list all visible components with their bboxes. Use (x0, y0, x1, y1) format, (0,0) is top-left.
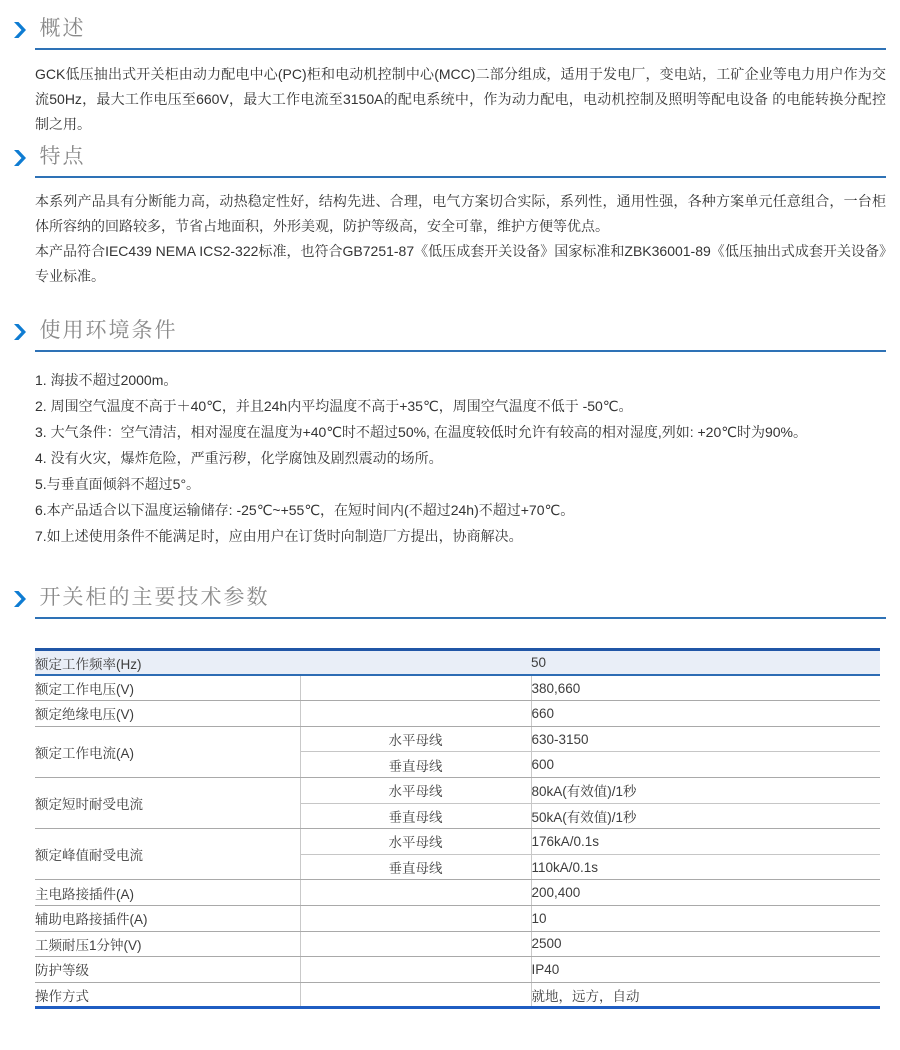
param-value-cell: 600 (531, 752, 880, 778)
table-row: 额定工作电压(V) 380,660 (35, 675, 880, 701)
section-underline (35, 176, 886, 178)
param-sub-cell: 水平母线 (300, 829, 531, 855)
param-sub-cell: 垂直母线 (300, 803, 531, 829)
environment-list: 1. 海拔不超过2000m。 2. 周围空气温度不高于＋40℃，并且24h内平均… (35, 367, 886, 549)
chevron-right-icon (14, 21, 27, 44)
table-row-frequency: 额定工作频率(Hz) 50 (35, 650, 880, 676)
environment-item: 2. 周围空气温度不高于＋40℃，并且24h内平均温度不高于+35℃，周围空气温… (35, 393, 886, 419)
param-value-cell: 200,400 (531, 880, 880, 906)
environment-item: 1. 海拔不超过2000m。 (35, 367, 886, 393)
param-label-cell: 额定工作频率(Hz) (35, 650, 531, 676)
table-row: 额定绝缘电压(V) 660 (35, 701, 880, 727)
table-row: 工频耐压1分钟(V) 2500 (35, 931, 880, 957)
param-value-cell: 660 (531, 701, 880, 727)
param-label-cell: 辅助电路接插件(A) (35, 905, 300, 931)
section-title-features: 特点 (39, 144, 85, 170)
environment-item: 3. 大气条件：空气清洁，相对湿度在温度为+40℃时不超过50%, 在温度较低时… (35, 419, 886, 445)
chevron-right-icon (14, 590, 27, 613)
param-sub-cell (300, 905, 531, 931)
table-row: 额定峰值耐受电流 水平母线 176kA/0.1s (35, 829, 880, 855)
table-row: 额定短时耐受电流 水平母线 80kA(有效值)/1秒 (35, 777, 880, 803)
param-label-cell: 额定短时耐受电流 (35, 777, 300, 828)
param-label-cell: 额定工作电流(A) (35, 726, 300, 777)
param-value-cell: 110kA/0.1s (531, 854, 880, 880)
table-row: 额定工作电流(A) 水平母线 630-3150 (35, 726, 880, 752)
param-sub-cell (300, 931, 531, 957)
param-value-cell: 50 (531, 650, 880, 676)
param-sub-cell (300, 957, 531, 983)
environment-item: 6.本产品适合以下温度运输储存: -25℃~+55℃，在短时间内(不超过24h)… (35, 497, 886, 523)
param-label-cell: 工频耐压1分钟(V) (35, 931, 300, 957)
features-paragraphs: 本系列产品具有分断能力高，动热稳定性好，结构先进、合理，电气方案切合实际，系列性… (35, 189, 886, 289)
parameters-table: 额定工作频率(Hz) 50 额定工作电压(V) 380,660 额定绝缘电压(V… (35, 648, 880, 1009)
section-heading-overview: 概述 (14, 16, 886, 52)
overview-text: GCK低压抽出式开关柜由动力配电中心(PC)柜和电动机控制中心(MCC)二部分组… (35, 62, 886, 137)
param-value-cell: 80kA(有效值)/1秒 (531, 777, 880, 803)
param-label-cell: 额定绝缘电压(V) (35, 701, 300, 727)
param-value-cell: 2500 (531, 931, 880, 957)
param-value-cell: 就地，远方，自动 (531, 982, 880, 1008)
overview-paragraph: GCK低压抽出式开关柜由动力配电中心(PC)柜和电动机控制中心(MCC)二部分组… (35, 62, 886, 137)
param-sub-cell: 水平母线 (300, 726, 531, 752)
table-row: 辅助电路接插件(A) 10 (35, 905, 880, 931)
param-value-cell: 10 (531, 905, 880, 931)
param-label-cell: 额定工作电压(V) (35, 675, 300, 701)
section-title-environment: 使用环境条件 (39, 318, 177, 344)
param-sub-cell (300, 880, 531, 906)
param-value-cell: 630-3150 (531, 726, 880, 752)
section-underline (35, 617, 886, 619)
section-heading-features: 特点 (14, 144, 886, 180)
param-label-cell: 操作方式 (35, 982, 300, 1008)
section-underline (35, 350, 886, 352)
features-text-1: 本系列产品具有分断能力高，动热稳定性好，结构先进、合理，电气方案切合实际，系列性… (35, 189, 886, 239)
section-title-parameters: 开关柜的主要技术参数 (39, 585, 269, 611)
param-value-cell: 176kA/0.1s (531, 829, 880, 855)
chevron-right-icon (14, 323, 27, 346)
section-title-overview: 概述 (39, 16, 85, 42)
param-sub-cell (300, 675, 531, 701)
param-label-cell: 主电路接插件(A) (35, 880, 300, 906)
param-sub-cell: 垂直母线 (300, 854, 531, 880)
chevron-right-icon (14, 149, 27, 172)
section-underline (35, 48, 886, 50)
param-label-cell: 防护等级 (35, 957, 300, 983)
param-value-cell: IP40 (531, 957, 880, 983)
param-sub-cell (300, 701, 531, 727)
environment-item: 4. 没有火灾，爆炸危险，严重污秽，化学腐蚀及剧烈震动的场所。 (35, 445, 886, 471)
document-page: 概述 GCK低压抽出式开关柜由动力配电中心(PC)柜和电动机控制中心(MCC)二… (0, 0, 900, 1050)
table-row: 操作方式 就地，远方，自动 (35, 982, 880, 1008)
param-value-cell: 380,660 (531, 675, 880, 701)
table-row: 主电路接插件(A) 200,400 (35, 880, 880, 906)
param-sub-cell: 垂直母线 (300, 752, 531, 778)
section-heading-parameters: 开关柜的主要技术参数 (14, 585, 886, 621)
table-row: 防护等级 IP40 (35, 957, 880, 983)
section-heading-environment: 使用环境条件 (14, 318, 886, 354)
environment-item: 7.如上述使用条件不能满足时，应由用户在订货时向制造厂方提出，协商解决。 (35, 523, 886, 549)
features-text-2: 本产品符合IEC439 NEMA ICS2-322标准，也符合GB7251-87… (35, 239, 886, 289)
environment-item: 5.与垂直面倾斜不超过5°。 (35, 471, 886, 497)
param-value-cell: 50kA(有效值)/1秒 (531, 803, 880, 829)
param-sub-cell (300, 982, 531, 1008)
param-sub-cell: 水平母线 (300, 777, 531, 803)
param-label-cell: 额定峰值耐受电流 (35, 829, 300, 880)
